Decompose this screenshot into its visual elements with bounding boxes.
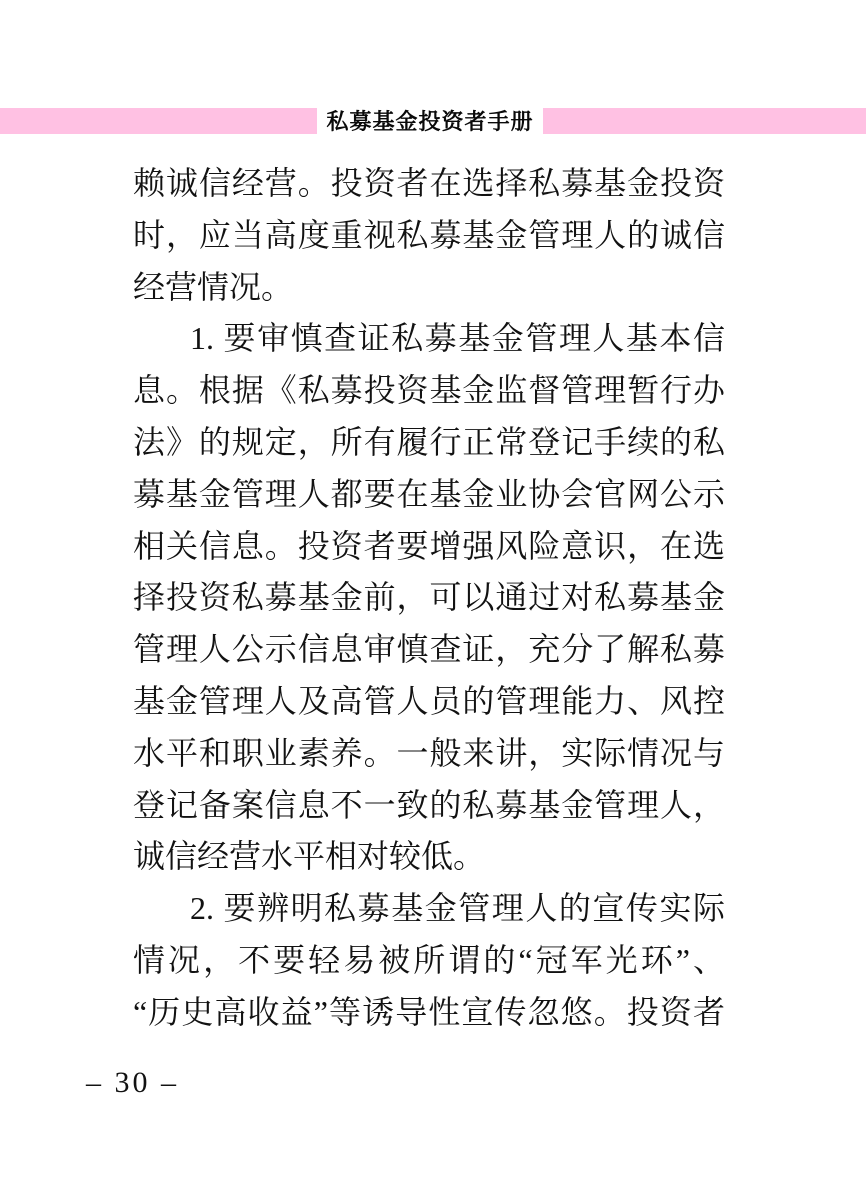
page-number: – 30 –: [86, 1066, 179, 1100]
text-line: 择投资私募基金前，可以通过对私募基金: [133, 572, 725, 624]
text-line: 1. 要审慎查证私募基金管理人基本信: [133, 313, 725, 365]
text-line: 基金管理人及高管人员的管理能力、风控: [133, 676, 725, 728]
header-pink-band-left: [0, 108, 317, 134]
text-line: 息。根据《私募投资基金监督管理暂行办: [133, 365, 725, 417]
text-line: 相关信息。投资者要增强风险意识，在选: [133, 521, 725, 573]
text-line: 经营情况。: [133, 262, 725, 314]
text-line: 情况，不要轻易被所谓的“冠军光环”、: [133, 935, 725, 987]
text-line: 法》的规定，所有履行正常登记手续的私: [133, 417, 725, 469]
text-line: 赖诚信经营。投资者在选择私募基金投资: [133, 158, 725, 210]
book-page: 私募基金投资者手册 赖诚信经营。投资者在选择私募基金投资时，应当高度重视私募基金…: [0, 0, 866, 1189]
text-line: 2. 要辨明私募基金管理人的宣传实际: [133, 883, 725, 935]
text-line: “历史高收益”等诱导性宣传忽悠。投资者: [133, 987, 725, 1039]
body-text: 赖诚信经营。投资者在选择私募基金投资时，应当高度重视私募基金管理人的诚信经营情况…: [133, 158, 725, 1039]
text-line: 诚信经营水平相对较低。: [133, 831, 725, 883]
text-line: 募基金管理人都要在基金业协会官网公示: [133, 469, 725, 521]
page-header-title: 私募基金投资者手册: [317, 105, 543, 136]
text-line: 登记备案信息不一致的私募基金管理人，: [133, 780, 725, 832]
text-line: 时，应当高度重视私募基金管理人的诚信: [133, 210, 725, 262]
text-line: 管理人公示信息审慎查证，充分了解私募: [133, 624, 725, 676]
header-pink-band-right: [543, 108, 866, 134]
text-line: 水平和职业素养。一般来讲，实际情况与: [133, 728, 725, 780]
